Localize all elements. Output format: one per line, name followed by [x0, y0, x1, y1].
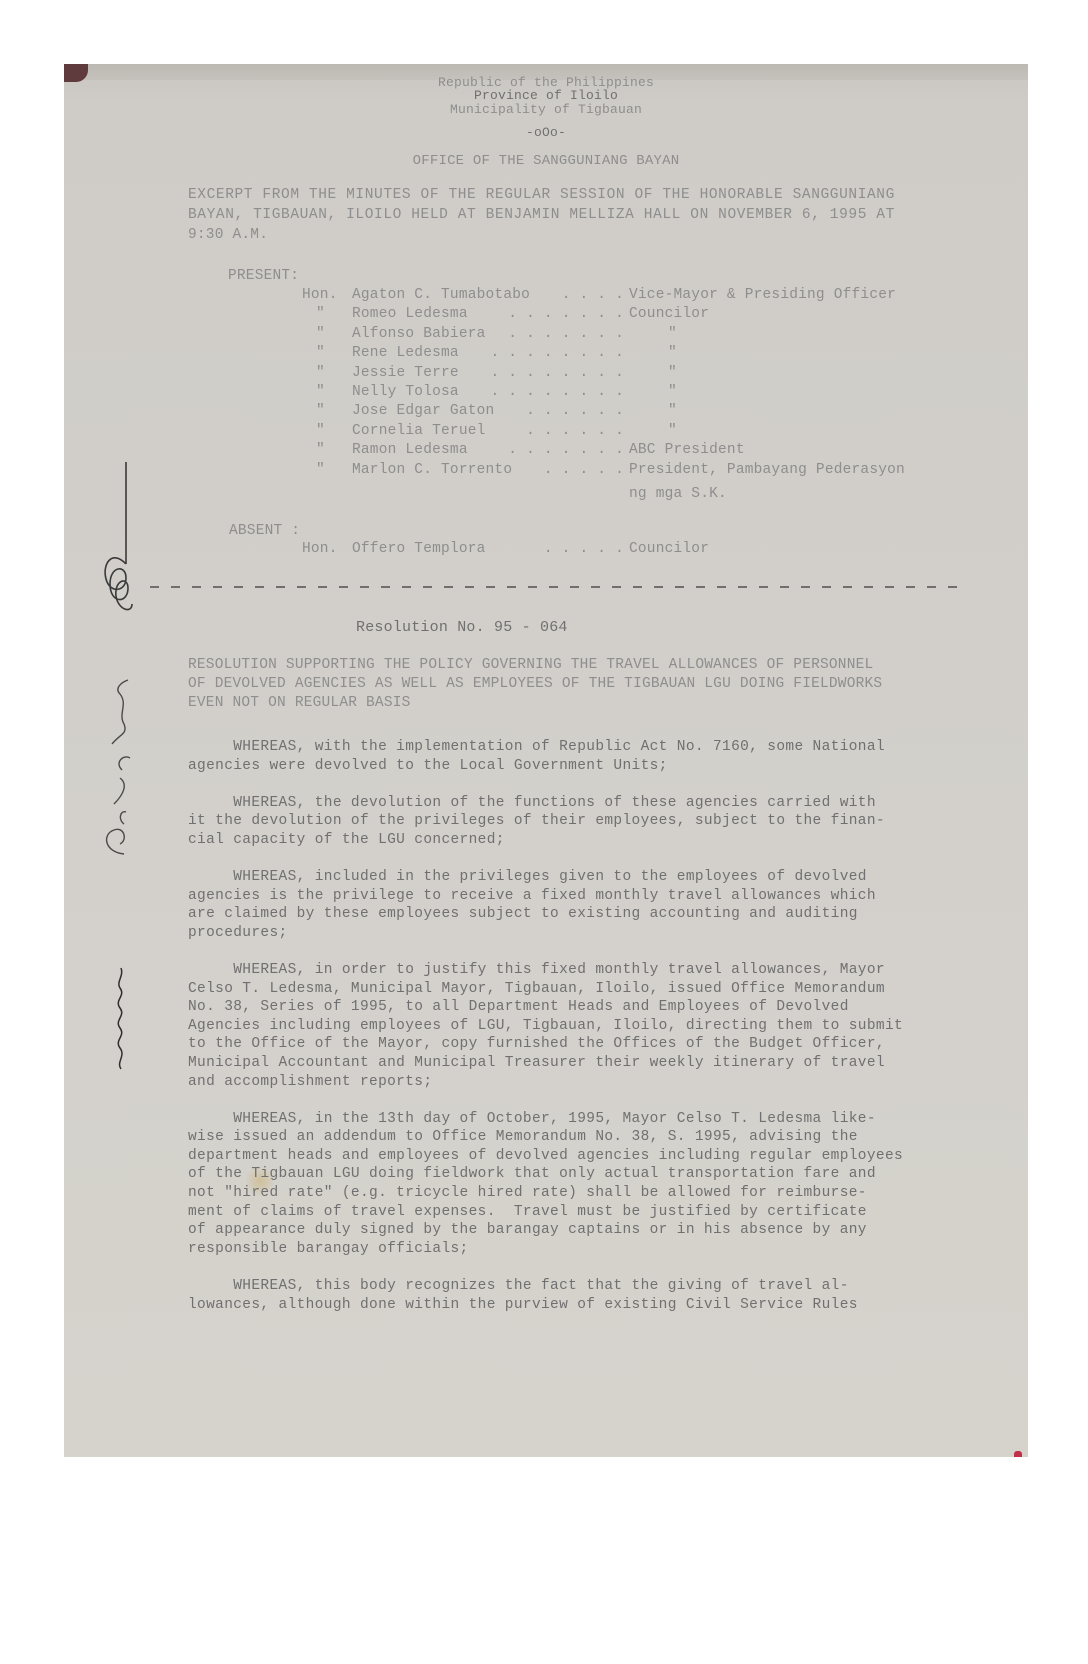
- whereas-clause-line: are claimed by these employees subject t…: [188, 907, 858, 922]
- roster-row: "Ramon Ledesma. . . . . . .ABC President: [64, 443, 1028, 463]
- roster-continuation: ng mga S.K.: [629, 487, 727, 502]
- whereas-clause-line: it the devolution of the privileges of t…: [188, 814, 885, 829]
- member-position: ": [668, 327, 677, 342]
- whereas-clause-line: Municipal Accountant and Municipal Treas…: [188, 1056, 885, 1071]
- whereas-clause-line: department heads and employees of devolv…: [188, 1149, 903, 1164]
- roster-row: Hon.Offero Templora. . . . .Councilor: [64, 542, 1028, 562]
- dot-leader: . . . . . . .: [508, 327, 624, 342]
- resolution-title-line: EVEN NOT ON REGULAR BASIS: [188, 696, 411, 711]
- whereas-clause-start: WHEREAS, in order to justify this fixed …: [188, 963, 885, 978]
- member-prefix: Hon.: [302, 542, 338, 557]
- office-title: OFFICE OF THE SANGGUNIANG BAYAN: [64, 154, 1028, 168]
- red-mark: [1014, 1451, 1022, 1457]
- member-name: Nelly Tolosa: [352, 385, 459, 400]
- margin-signature-icon: [82, 454, 142, 654]
- header-province: Province of Iloilo: [64, 89, 1028, 102]
- dot-leader: . . . . . . . .: [490, 385, 624, 400]
- absent-label: ABSENT :: [229, 524, 300, 539]
- whereas-clause-start: WHEREAS, included in the privileges give…: [188, 870, 867, 885]
- member-prefix: ": [316, 327, 325, 342]
- whereas-clause-line: of appearance duly signed by the baranga…: [188, 1223, 867, 1238]
- whereas-clause-line: Celso T. Ledesma, Municipal Mayor, Tigba…: [188, 982, 885, 997]
- whereas-clause-line: No. 38, Series of 1995, to all Departmen…: [188, 1000, 849, 1015]
- member-name: Alfonso Babiera: [352, 327, 486, 342]
- whereas-clause-line: wise issued an addendum to Office Memora…: [188, 1130, 858, 1145]
- excerpt-line: 9:30 A.M.: [188, 228, 268, 243]
- member-position: ": [668, 404, 677, 419]
- member-prefix: ": [316, 463, 325, 478]
- member-prefix: ": [316, 346, 325, 361]
- whereas-clause-line: to the Office of the Mayor, copy furnish…: [188, 1037, 885, 1052]
- excerpt-line: BAYAN, TIGBAUAN, ILOILO HELD AT BENJAMIN…: [188, 208, 895, 223]
- member-prefix: ": [316, 307, 325, 322]
- member-prefix: ": [316, 385, 325, 400]
- member-name: Jose Edgar Gaton: [352, 404, 494, 419]
- whereas-clause-start: WHEREAS, with the implementation of Repu…: [188, 740, 885, 755]
- dot-leader: . . . . . .: [526, 404, 624, 419]
- member-prefix: Hon.: [302, 288, 338, 303]
- whereas-clause-line: agencies were devolved to the Local Gove…: [188, 759, 668, 774]
- header-municipality: Municipality of Tigbauan: [64, 103, 1028, 116]
- dot-leader: . . . . . . .: [508, 307, 624, 322]
- dot-leader: . . . . . . . .: [490, 366, 624, 381]
- roster-row: "Nelly Tolosa. . . . . . . .": [64, 385, 1028, 405]
- whereas-clause-line: not "hired rate" (e.g. tricycle hired ra…: [188, 1186, 867, 1201]
- member-prefix: ": [316, 424, 325, 439]
- member-prefix: ": [316, 366, 325, 381]
- member-name: Cornelia Teruel: [352, 424, 486, 439]
- member-prefix: ": [316, 443, 325, 458]
- whereas-clause-start: WHEREAS, this body recognizes the fact t…: [188, 1279, 849, 1294]
- member-position: President, Pambayang Pederasyon: [629, 463, 905, 478]
- dot-leader: . . . . . . .: [508, 443, 624, 458]
- member-position: Councilor: [629, 307, 709, 322]
- dot-leader: . . . .: [562, 288, 624, 303]
- member-position: ": [668, 366, 677, 381]
- whereas-clause-start: WHEREAS, in the 13th day of October, 199…: [188, 1112, 876, 1127]
- member-name: Marlon C. Torrento: [352, 463, 512, 478]
- resolution-title-line: RESOLUTION SUPPORTING THE POLICY GOVERNI…: [188, 658, 873, 673]
- roster-row: "Romeo Ledesma. . . . . . .Councilor: [64, 307, 1028, 327]
- member-name: Offero Templora: [352, 542, 486, 557]
- member-position: ": [668, 385, 677, 400]
- member-position: ": [668, 346, 677, 361]
- roster-row: "Jose Edgar Gaton. . . . . .": [64, 404, 1028, 424]
- whereas-clause-line: responsible barangay officials;: [188, 1242, 469, 1257]
- roster-row: "Marlon C. Torrento. . . . .President, P…: [64, 463, 1028, 483]
- roster-row: "Alfonso Babiera. . . . . . .": [64, 327, 1028, 347]
- present-label: PRESENT:: [228, 269, 299, 284]
- member-name: Rene Ledesma: [352, 346, 459, 361]
- member-name: Jessie Terre: [352, 366, 459, 381]
- dot-leader: . . . . .: [544, 463, 624, 478]
- member-position: Vice-Mayor & Presiding Officer: [629, 288, 896, 303]
- whereas-clause-start: WHEREAS, the devolution of the functions…: [188, 796, 876, 811]
- member-prefix: ": [316, 404, 325, 419]
- whereas-clause-line: of the Tigbauan LGU doing fieldwork that…: [188, 1167, 876, 1182]
- header-separator: -oOo-: [64, 126, 1028, 139]
- whereas-clause-line: lowances, although done within the purvi…: [188, 1298, 858, 1313]
- dot-leader: . . . . . . . .: [490, 346, 624, 361]
- member-name: Romeo Ledesma: [352, 307, 468, 322]
- resolution-number: Resolution No. 95 - 064: [356, 620, 568, 635]
- roster-row: "Jessie Terre. . . . . . . .": [64, 366, 1028, 386]
- roster-row: Hon.Agaton C. Tumabotabo. . . .Vice-Mayo…: [64, 288, 1028, 308]
- whereas-clause-line: cial capacity of the LGU concerned;: [188, 833, 505, 848]
- whereas-clause-line: Agencies including employees of LGU, Tig…: [188, 1019, 903, 1034]
- member-position: Councilor: [629, 542, 709, 557]
- resolution-title-line: OF DEVOLVED AGENCIES AS WELL AS EMPLOYEE…: [188, 677, 882, 692]
- whereas-clause-line: agencies is the privilege to receive a f…: [188, 889, 876, 904]
- whereas-clause-line: ment of claims of travel expenses. Trave…: [188, 1205, 867, 1220]
- member-name: Ramon Ledesma: [352, 443, 468, 458]
- whereas-clause-line: procedures;: [188, 926, 288, 941]
- excerpt-line: EXCERPT FROM THE MINUTES OF THE REGULAR …: [188, 188, 895, 203]
- member-position: ABC President: [629, 443, 745, 458]
- margin-initials-icon: [106, 944, 136, 1074]
- roster-row: "Rene Ledesma. . . . . . . .": [64, 346, 1028, 366]
- whereas-clause-line: and accomplishment reports;: [188, 1075, 432, 1090]
- section-divider: [150, 586, 962, 588]
- dot-leader: . . . . . .: [526, 424, 624, 439]
- member-position: ": [668, 424, 677, 439]
- scanned-document-page: Republic of the Philippines Province of …: [64, 64, 1028, 1457]
- roster-row: "Cornelia Teruel. . . . . .": [64, 424, 1028, 444]
- member-name: Agaton C. Tumabotabo: [352, 288, 530, 303]
- margin-signature-agaton-icon: [84, 674, 144, 864]
- dot-leader: . . . . .: [544, 542, 624, 557]
